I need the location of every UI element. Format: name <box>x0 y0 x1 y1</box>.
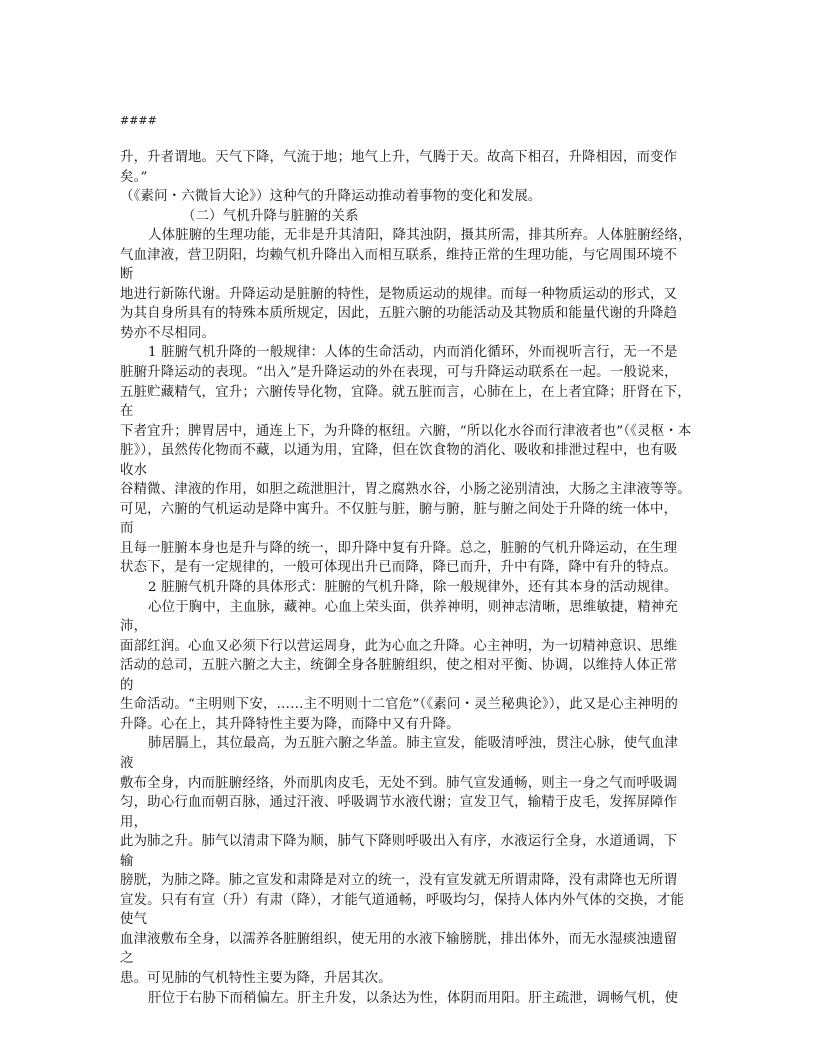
text-line: 面部红润。心血又必须下行以营运周身，此为心血之升降。心主神明，为一切精神意识、思… <box>120 637 700 657</box>
text-line: 液 <box>120 754 700 774</box>
text-line: 宣发。只有有宣（升）有肃（降），才能气道通畅，呼吸均匀，保持人体内外气体的交换，… <box>120 891 700 911</box>
text-line: 肝位于右胁下而稍偏左。肝主升发，以条达为性，体阴而用阳。肝主疏泄，调畅气机，使 <box>120 989 700 1009</box>
text-line: 肺居膈上，其位最高，为五脏六腑之华盖。肺主宣发，能吸清呼浊，贯注心脉，使气血津 <box>120 734 700 754</box>
text-line: 且每一脏腑本身也是升与降的统一，即升降中复有升降。总之，脏腑的气机升降运动，在生… <box>120 539 700 559</box>
text-line: 谷精微、津液的作用，如胆之疏泄胆汁，胃之腐熟水谷，小肠之泌别清浊，大肠之主津液等… <box>120 480 700 500</box>
text-line: 1 脏腑气机升降的一般规律：人体的生命活动，内而消化循环，外而视听言行，无一不是 <box>120 343 700 363</box>
text-line: 用， <box>120 813 700 833</box>
text-line: 沛， <box>120 617 700 637</box>
text-line: 此为肺之升。肺气以清肃下降为顺，肺气下降则呼吸出入有序，水液运行全身，水道通调，… <box>120 832 700 852</box>
text-line: 在 <box>120 402 700 422</box>
document-page: #### 升，升者谓地。天气下降，气流于地；地气上升，气腾于天。故高下相召，升降… <box>120 114 700 1008</box>
text-line: 五脏贮藏精气，宜升；六腑传导化物，宜降。就五脏而言，心肺在上，在上者宜降；肝肾在… <box>120 383 700 403</box>
text-line: 状态下，是有一定规律的，一般可体现出升已而降，降已而升，升中有降，降中有升的特点… <box>120 558 700 578</box>
text-line: 之 <box>120 949 700 969</box>
text-line: 而 <box>120 519 700 539</box>
text-line: 断 <box>120 265 700 285</box>
text-line: 患。可见肺的气机特性主要为降，升居其次。 <box>120 969 700 989</box>
text-line: 2 脏腑气机升降的具体形式：脏腑的气机升降，除一般规律外，还有其本身的活动规律。 <box>120 578 700 598</box>
text-line: 气血津液，营卫阴阳，均赖气机升降出入而相互联系，维持正常的生理功能，与它周围环境… <box>120 246 700 266</box>
text-line: 脏》），虽然传化物而不藏，以通为用，宜降，但在饮食物的消化、吸收和排泄过程中，也… <box>120 441 700 461</box>
text-line: 输 <box>120 852 700 872</box>
text-line: 势亦不尽相同。 <box>120 324 700 344</box>
text-line: 敷布全身，内而脏腑经络，外而肌肉皮毛，无处不到。肺气宣发通畅，则主一身之气而呼吸… <box>120 774 700 794</box>
text-line: 升，升者谓地。天气下降，气流于地；地气上升，气腾于天。故高下相召，升降相因，而变… <box>120 148 700 168</box>
text-line: 匀，助心行血而朝百脉，通过汗液、呼吸调节水液代谢；宣发卫气，输精于皮毛，发挥屏障… <box>120 793 700 813</box>
text-line: 活动的总司，五脏六腑之大主，统御全身各脏腑组织，使之相对平衡、协调，以维持人体正… <box>120 656 700 676</box>
section-marker: #### <box>120 114 700 148</box>
text-line: （《素问・六微旨大论》）这种气的升降运动推动着事物的变化和发展。 <box>120 187 700 207</box>
section-heading: （二）气机升降与脏腑的关系 <box>120 207 700 227</box>
text-line: 血津液敷布全身，以濡养各脏腑组织，使无用的水液下输膀胱，排出体外，而无水湿痰浊遗… <box>120 930 700 950</box>
text-line: 可见，六腑的气机运动是降中寓升。不仅脏与脏，腑与腑，脏与腑之间处于升降的统一体中… <box>120 500 700 520</box>
text-line: 人体脏腑的生理功能，无非是升其清阳，降其浊阴，摄其所需，排其所弃。人体脏腑经络， <box>120 226 700 246</box>
text-line: 脏腑升降运动的表现。“出入”是升降运动的外在表现，可与升降运动联系在一起。一般说… <box>120 363 700 383</box>
text-line: 收水 <box>120 461 700 481</box>
text-line: 下者宜升；脾胃居中，通连上下，为升降的枢纽。六腑，“所以化水谷而行津液者也”（《… <box>120 422 700 442</box>
text-line: 矣。” <box>120 168 700 188</box>
document-body: 升，升者谓地。天气下降，气流于地；地气上升，气腾于天。故高下相召，升降相因，而变… <box>120 148 700 1008</box>
text-line: 地进行新陈代谢。升降运动是脏腑的特性，是物质运动的规律。而每一种物质运动的形式，… <box>120 285 700 305</box>
text-line: 心位于胸中，主血脉，藏神。心血上荣头面，供养神明，则神志清晰，思维敏捷，精神充 <box>120 598 700 618</box>
text-line: 膀胱，为肺之降。肺之宣发和肃降是对立的统一，没有宣发就无所谓肃降，没有肃降也无所… <box>120 871 700 891</box>
text-line: 升降。心在上，其升降特性主要为降，而降中又有升降。 <box>120 715 700 735</box>
text-line: 使气 <box>120 910 700 930</box>
text-line: 为其自身所具有的特殊本质所规定，因此，五脏六腑的功能活动及其物质和能量代谢的升降… <box>120 304 700 324</box>
text-line: 的 <box>120 676 700 696</box>
text-line: 生命活动。“主明则下安，……主不明则十二官危”（《素问・灵兰秘典论》），此又是心… <box>120 695 700 715</box>
